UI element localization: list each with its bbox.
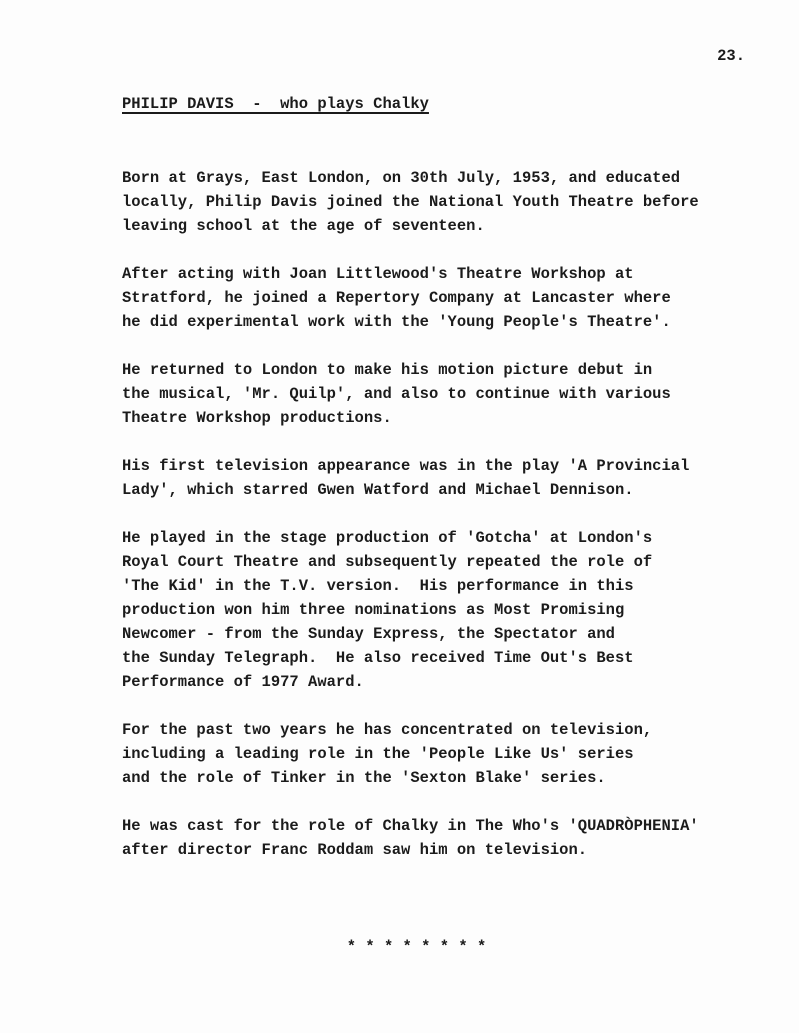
document-page: 23. PHILIP DAVIS - who plays Chalky Born… bbox=[0, 0, 799, 1033]
paragraph-birth-education: Born at Grays, East London, on 30th July… bbox=[122, 166, 711, 238]
page-title: PHILIP DAVIS - who plays Chalky bbox=[122, 92, 711, 116]
page-content: PHILIP DAVIS - who plays Chalky Born at … bbox=[122, 92, 711, 959]
paragraph-theatre-workshop: After acting with Joan Littlewood's Thea… bbox=[122, 262, 711, 334]
paragraph-television-roles: For the past two years he has concentrat… bbox=[122, 718, 711, 790]
paragraph-gotcha-awards: He played in the stage production of 'Go… bbox=[122, 526, 711, 694]
paragraph-quadrophenia-casting: He was cast for the role of Chalky in Th… bbox=[122, 814, 711, 862]
paragraph-motion-picture-debut: He returned to London to make his motion… bbox=[122, 358, 711, 430]
page-number: 23. bbox=[717, 44, 745, 68]
paragraph-first-television: His first television appearance was in t… bbox=[122, 454, 711, 502]
asterisk-divider: * * * * * * * * bbox=[122, 935, 711, 959]
